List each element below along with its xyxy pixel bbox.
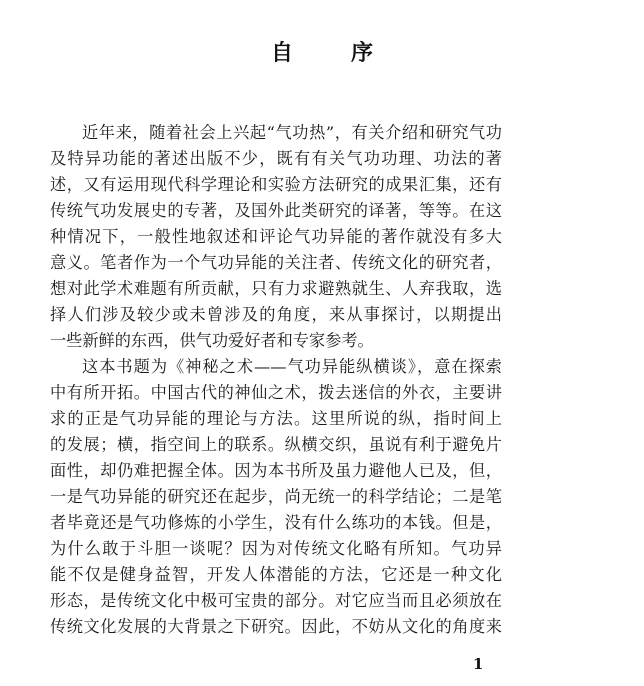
text-line: 种情况下，一般性地叙述和评论气功异能的著作就没有多大	[50, 227, 502, 247]
text-line: 的发展；横，指空间上的联系。纵横交织，虽说有利于避免片	[50, 435, 502, 455]
text-line: 意义。笔者作为一个气功异能的关注者、传统文化的研究者，	[50, 253, 502, 273]
text-line: 中有所开拓。中国古代的神仙之术，拨去迷信的外衣，主要讲	[50, 383, 502, 403]
text-line: 传统文化发展的大背景之下研究。因此，不妨从文化的角度来	[50, 617, 502, 637]
text-line: 及特异功能的著述出版不少，既有有关气功功理、功法的著	[50, 149, 502, 169]
page-number: 1	[473, 655, 483, 673]
page-title: 自序	[0, 36, 644, 67]
text-line: 这本书题为《神秘之术——气功异能纵横谈》，意在探索	[82, 357, 502, 377]
text-line: 为什么敢于斗胆一谈呢？因为对传统文化略有所知。气功异	[50, 539, 502, 559]
text-line: 求的正是气功异能的理论与方法。这里所说的纵，指时间上	[50, 409, 502, 429]
text-line: 择人们涉及较少或未曾涉及的角度，来从事探讨，以期提出	[50, 305, 502, 325]
text-line: 近年来，随着社会上兴起“气功热”，有关介绍和研究气功	[82, 123, 502, 143]
title-char-1: 自	[271, 36, 293, 67]
text-line: 想对此学术难题有所贡献，只有力求避熟就生、人弃我取，选	[50, 279, 502, 299]
text-line: 述，又有运用现代科学理论和实验方法研究的成果汇集，还有	[50, 175, 502, 195]
text-line: 一是气功异能的研究还在起步，尚无统一的科学结论；二是笔	[50, 487, 502, 507]
text-line: 者毕竟还是气功修炼的小学生，没有什么练功的本钱。但是，	[50, 513, 502, 533]
title-char-2: 序	[351, 36, 373, 67]
text-line: 形态，是传统文化中极可宝贵的部分。对它应当而且必须放在	[50, 591, 502, 611]
text-line: 能不仅是健身益智，开发人体潜能的方法，它还是一种文化	[50, 565, 502, 585]
text-line: 面性，却仍难把握全体。因为本书所及虽力避他人已及，但，	[50, 461, 502, 481]
text-line: 一些新鲜的东西，供气功爱好者和专家参考。	[50, 331, 502, 351]
text-line: 传统气功发展史的专著，及国外此类研究的译著，等等。在这	[50, 201, 502, 221]
document-page: 自序 近年来，随着社会上兴起“气功热”，有关介绍和研究气功 及特异功能的著述出版…	[0, 0, 644, 686]
